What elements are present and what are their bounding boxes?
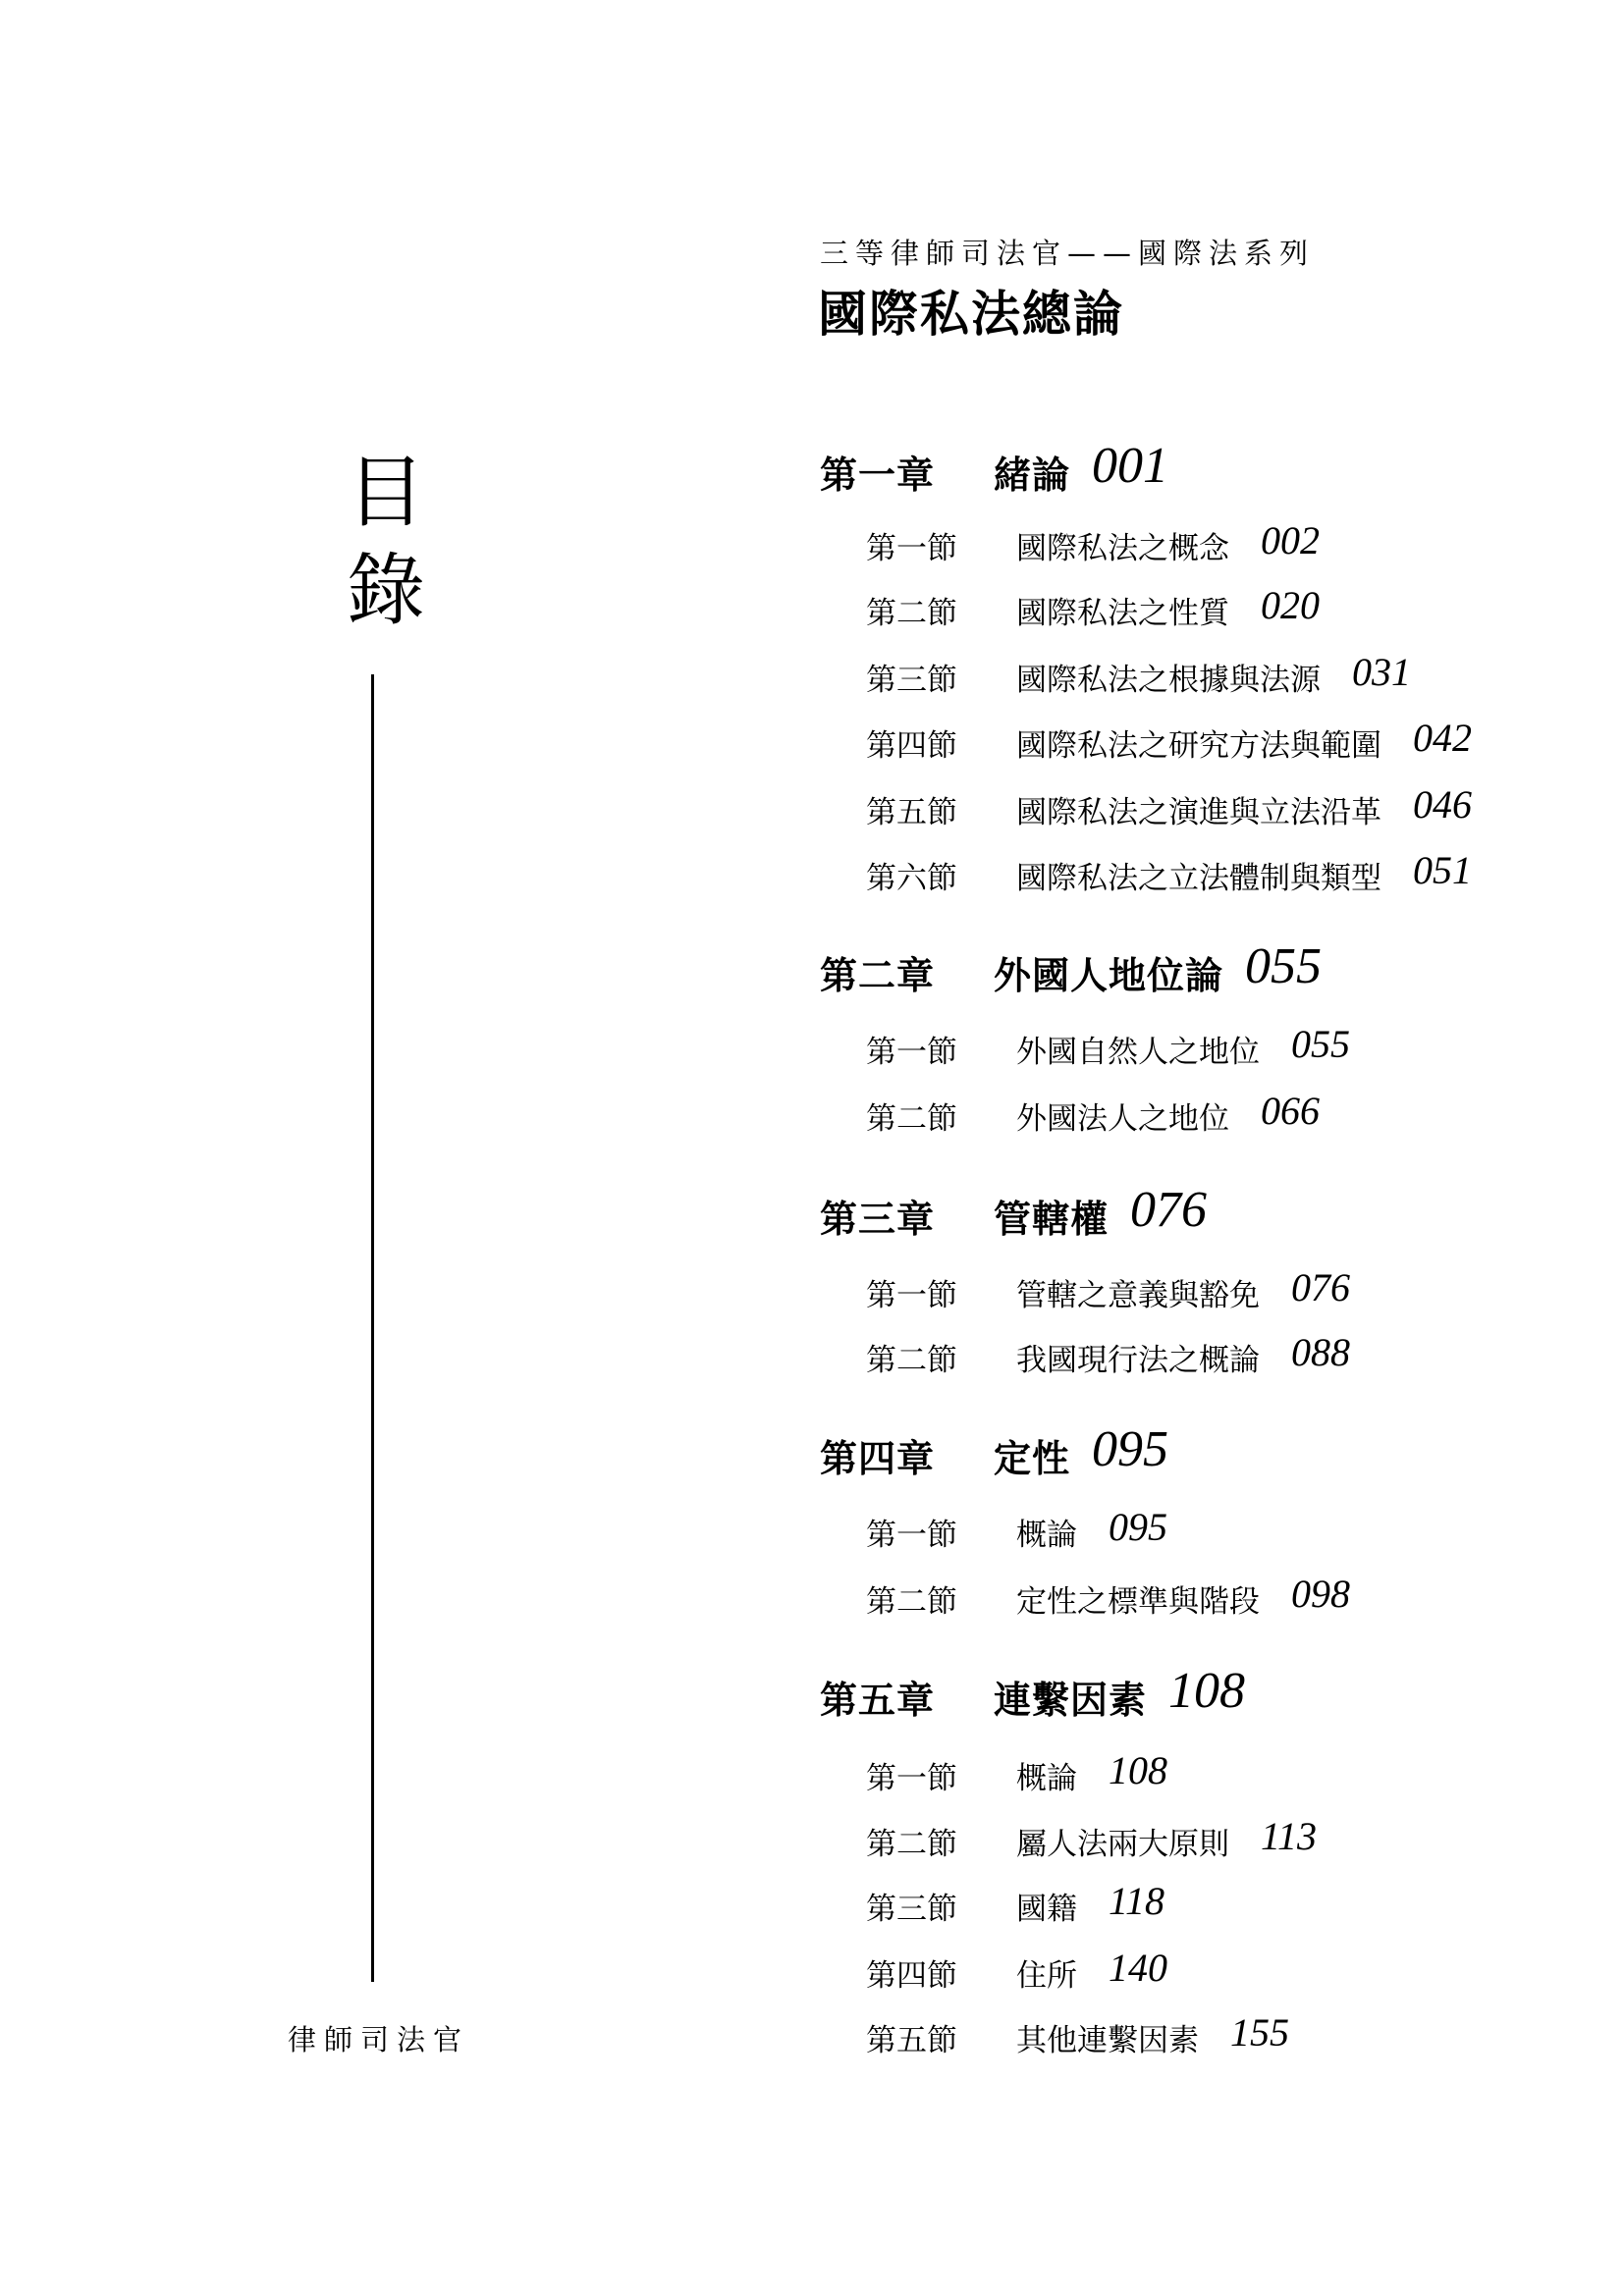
section-label: 第一節 bbox=[866, 1027, 1016, 1071]
section-title: 概論 bbox=[1016, 1510, 1077, 1554]
book-title: 國際私法總論 bbox=[818, 285, 1124, 344]
toc-section[interactable]: 第二節 外國法人之地位 066 bbox=[866, 1086, 1320, 1145]
toc-section[interactable]: 第五節 國際私法之演進與立法沿革 046 bbox=[866, 779, 1472, 838]
section-title: 屬人法兩大原則 bbox=[1016, 1819, 1229, 1863]
section-page: 155 bbox=[1230, 2009, 1289, 2056]
section-page: 113 bbox=[1261, 1813, 1317, 1859]
toc-section[interactable]: 第五節 其他連繫因素 155 bbox=[866, 2007, 1289, 2066]
section-label: 第三節 bbox=[866, 1884, 1016, 1928]
section-label: 第四節 bbox=[866, 721, 1016, 765]
section-page: 076 bbox=[1291, 1264, 1350, 1310]
toc-section[interactable]: 第二節 屬人法兩大原則 113 bbox=[866, 1811, 1317, 1870]
section-page: 042 bbox=[1413, 715, 1472, 761]
section-page: 066 bbox=[1261, 1088, 1320, 1134]
section-label: 第二節 bbox=[866, 1576, 1016, 1621]
section-title: 國際私法之性質 bbox=[1016, 588, 1229, 632]
toc-section[interactable]: 第四節 住所 140 bbox=[866, 1943, 1167, 2002]
section-title: 國際私法之研究方法與範圍 bbox=[1016, 721, 1381, 765]
section-page: 095 bbox=[1109, 1504, 1167, 1550]
section-label: 第二節 bbox=[866, 1094, 1016, 1138]
toc-heading-char: 目 bbox=[337, 444, 435, 542]
section-title: 國際私法之演進與立法沿革 bbox=[1016, 787, 1381, 831]
section-label: 第五節 bbox=[866, 2015, 1016, 2059]
section-page: 046 bbox=[1413, 781, 1472, 828]
section-title: 概論 bbox=[1016, 1753, 1077, 1797]
toc-chapter[interactable]: 第三章 管轄權 076 bbox=[820, 1186, 1207, 1245]
chapter-page: 095 bbox=[1092, 1420, 1168, 1478]
section-label: 第一節 bbox=[866, 1753, 1016, 1797]
toc-chapter[interactable]: 第二章 外國人地位論 055 bbox=[820, 942, 1322, 1001]
chapter-page: 055 bbox=[1245, 937, 1322, 995]
section-title: 國際私法之根據與法源 bbox=[1016, 655, 1321, 699]
section-title: 我國現行法之概論 bbox=[1016, 1335, 1260, 1379]
section-title: 定性之標準與階段 bbox=[1016, 1576, 1260, 1621]
chapter-title: 外國人地位論 bbox=[994, 945, 1223, 999]
section-label: 第二節 bbox=[866, 588, 1016, 632]
toc-section[interactable]: 第一節 管轄之意義與豁免 076 bbox=[866, 1262, 1350, 1321]
chapter-label: 第四章 bbox=[820, 1428, 994, 1482]
section-title: 其他連繫因素 bbox=[1016, 2015, 1199, 2059]
section-label: 第一節 bbox=[866, 523, 1016, 567]
toc-chapter[interactable]: 第五章 連繫因素 108 bbox=[820, 1667, 1245, 1726]
section-label: 第一節 bbox=[866, 1510, 1016, 1554]
toc-section[interactable]: 第六節 國際私法之立法體制與類型 051 bbox=[866, 845, 1472, 904]
section-label: 第二節 bbox=[866, 1335, 1016, 1379]
chapter-page: 076 bbox=[1130, 1181, 1207, 1239]
chapter-page: 108 bbox=[1168, 1662, 1245, 1720]
section-title: 管轄之意義與豁免 bbox=[1016, 1270, 1260, 1314]
section-page: 118 bbox=[1109, 1878, 1164, 1924]
chapter-label: 第三章 bbox=[820, 1189, 994, 1243]
toc-section[interactable]: 第二節 定性之標準與階段 098 bbox=[866, 1569, 1350, 1628]
vertical-divider bbox=[371, 674, 374, 1982]
series-subtitle: 三等律師司法官——國際法系列 bbox=[820, 234, 1315, 273]
toc-section[interactable]: 第一節 概論 095 bbox=[866, 1502, 1167, 1561]
chapter-page: 001 bbox=[1092, 437, 1168, 495]
section-title: 國籍 bbox=[1016, 1884, 1077, 1928]
toc-section[interactable]: 第一節 國際私法之概念 002 bbox=[866, 515, 1320, 574]
section-label: 第二節 bbox=[866, 1819, 1016, 1863]
section-page: 140 bbox=[1109, 1945, 1167, 1991]
toc-section[interactable]: 第三節 國籍 118 bbox=[866, 1876, 1164, 1935]
toc-heading: 目 錄 bbox=[337, 444, 435, 640]
section-page: 055 bbox=[1291, 1021, 1350, 1067]
toc-section[interactable]: 第四節 國際私法之研究方法與範圍 042 bbox=[866, 713, 1472, 772]
section-title: 外國法人之地位 bbox=[1016, 1094, 1229, 1138]
section-title: 國際私法之概念 bbox=[1016, 523, 1229, 567]
chapter-label: 第二章 bbox=[820, 945, 994, 999]
section-title: 住所 bbox=[1016, 1950, 1077, 1995]
section-page: 088 bbox=[1291, 1329, 1350, 1375]
chapter-title: 管轄權 bbox=[994, 1189, 1109, 1243]
toc-section[interactable]: 第二節 我國現行法之概論 088 bbox=[866, 1327, 1350, 1386]
toc-heading-char: 錄 bbox=[337, 542, 435, 640]
toc-section[interactable]: 第三節 國際私法之根據與法源 031 bbox=[866, 647, 1411, 706]
section-page: 108 bbox=[1109, 1747, 1167, 1793]
section-page: 020 bbox=[1261, 582, 1320, 628]
chapter-label: 第一章 bbox=[820, 445, 994, 499]
chapter-title: 定性 bbox=[994, 1428, 1070, 1482]
section-page: 002 bbox=[1261, 517, 1320, 563]
chapter-title: 連繫因素 bbox=[994, 1670, 1147, 1724]
section-label: 第一節 bbox=[866, 1270, 1016, 1314]
section-page: 031 bbox=[1352, 649, 1411, 695]
section-title: 外國自然人之地位 bbox=[1016, 1027, 1260, 1071]
section-page: 051 bbox=[1413, 847, 1472, 893]
section-label: 第三節 bbox=[866, 655, 1016, 699]
section-label: 第六節 bbox=[866, 853, 1016, 897]
chapter-title: 緒論 bbox=[994, 445, 1070, 499]
toc-section[interactable]: 第一節 概論 108 bbox=[866, 1745, 1167, 1804]
toc-chapter[interactable]: 第四章 定性 095 bbox=[820, 1425, 1168, 1484]
section-label: 第五節 bbox=[866, 787, 1016, 831]
section-label: 第四節 bbox=[866, 1950, 1016, 1995]
toc-section[interactable]: 第二節 國際私法之性質 020 bbox=[866, 580, 1320, 639]
footer-label: 律師司法官 bbox=[288, 2020, 469, 2059]
section-page: 098 bbox=[1291, 1571, 1350, 1617]
chapter-label: 第五章 bbox=[820, 1670, 994, 1724]
section-title: 國際私法之立法體制與類型 bbox=[1016, 853, 1381, 897]
toc-section[interactable]: 第一節 外國自然人之地位 055 bbox=[866, 1019, 1350, 1078]
toc-chapter[interactable]: 第一章 緒論 001 bbox=[820, 442, 1168, 501]
